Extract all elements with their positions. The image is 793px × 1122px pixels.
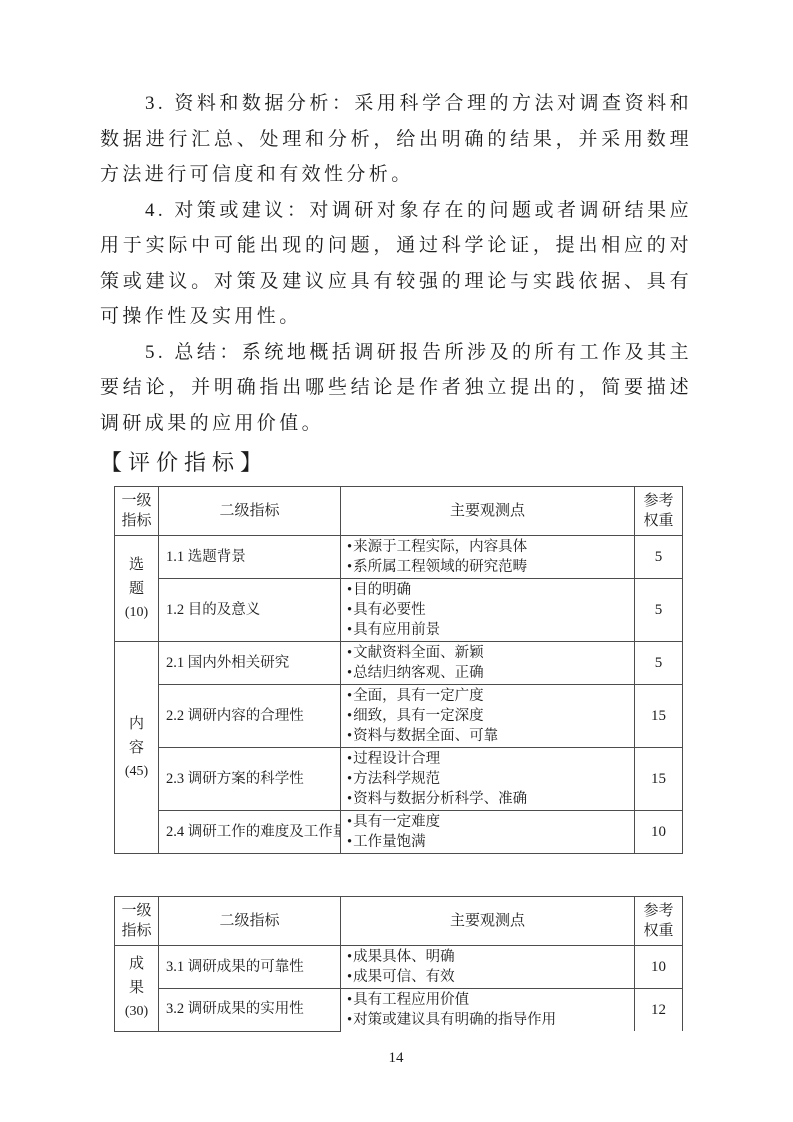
level1-header: 一级指标 (115, 897, 159, 946)
level1-label-char: 果 (115, 976, 158, 1000)
document-page: 3. 资料和数据分析：采用科学合理的方法对调查资料和数据进行汇总、处理和分析，给… (0, 0, 793, 1122)
observation-point-text: 具有必要性 (353, 602, 426, 618)
table-row: 3.2 调研成果的实用性•具有工程应用价值•对策或建议具有明确的指导作用12 (115, 989, 683, 1032)
weight-cell: 10 (635, 811, 683, 854)
level2-indicator-cell: 3.2 调研成果的实用性 (159, 989, 341, 1032)
bullet-icon: • (347, 645, 352, 661)
paragraph-item-4: 4. 对策或建议：对调研对象存在的问题或者调研结果应用于实际中可能出现的问题，通… (100, 193, 692, 335)
observation-point: •具有必要性 (347, 600, 631, 620)
bullet-icon: • (347, 834, 352, 850)
observation-point: •文献资料全面、新颖 (347, 643, 631, 663)
observation-point: •具有一定难度 (347, 812, 631, 832)
observation-point-text: 资料与数据分析科学、准确 (353, 791, 527, 807)
observation-point: •成果可信、有效 (347, 967, 631, 987)
observation-point-text: 成果可信、有效 (353, 969, 455, 985)
observation-header: 主要观测点 (341, 487, 635, 536)
weight-cell: 5 (635, 536, 683, 579)
observation-point-text: 具有应用前景 (353, 622, 440, 638)
bullet-icon: • (347, 559, 352, 575)
level1-label-char: 内 (115, 712, 158, 736)
level2-indicator-cell: 1.2 目的及意义 (159, 579, 341, 642)
level1-indicator-cell: 内容(45) (115, 642, 159, 854)
weight-header: 参考权重 (635, 487, 683, 536)
observation-points-cell: •目的明确•具有必要性•具有应用前景 (341, 579, 635, 642)
bullet-icon: • (347, 992, 352, 1008)
weight-cell: 15 (635, 748, 683, 811)
observation-point: •成果具体、明确 (347, 947, 631, 967)
observation-point-text: 方法科学规范 (353, 771, 440, 787)
observation-point: •目的明确 (347, 580, 631, 600)
level2-header: 二级指标 (159, 897, 341, 946)
bullet-icon: • (347, 791, 352, 807)
level1-indicator-cell: 成果(30) (115, 946, 159, 1032)
observation-point: •来源于工程实际，内容具体 (347, 537, 631, 557)
observation-point-text: 具有工程应用价值 (353, 992, 469, 1008)
observation-point: •资料与数据全面、可靠 (347, 726, 631, 746)
level2-indicator-cell: 2.2 调研内容的合理性 (159, 685, 341, 748)
observation-point-text: 目的明确 (353, 582, 411, 598)
bullet-icon: • (347, 969, 352, 985)
observation-points-cell: •过程设计合理•方法科学规范•资料与数据分析科学、准确 (341, 748, 635, 811)
observation-point-text: 系所属工程领域的研究范畴 (353, 559, 527, 575)
table-header-row: 一级指标二级指标主要观测点参考权重 (115, 897, 683, 946)
bullet-icon: • (347, 622, 352, 638)
bullet-icon: • (347, 688, 352, 704)
paragraph-item-3: 3. 资料和数据分析：采用科学合理的方法对调查资料和数据进行汇总、处理和分析，给… (100, 86, 692, 193)
level1-label-char: 成 (115, 952, 158, 976)
observation-points-cell: •全面，具有一定广度•细致，具有一定深度•资料与数据全面、可靠 (341, 685, 635, 748)
weight-cell: 5 (635, 579, 683, 642)
paragraph-item-5: 5. 总结：系统地概括调研报告所涉及的所有工作及其主要结论，并明确指出哪些结论是… (100, 335, 692, 442)
observation-point-text: 具有一定难度 (353, 814, 440, 830)
observation-points-cell: •具有工程应用价值•对策或建议具有明确的指导作用 (341, 989, 635, 1032)
level2-header: 二级指标 (159, 487, 341, 536)
observation-points-cell: •来源于工程实际，内容具体•系所属工程领域的研究范畴 (341, 536, 635, 579)
observation-point: •具有工程应用价值 (347, 990, 631, 1010)
observation-point: •资料与数据分析科学、准确 (347, 789, 631, 809)
observation-point: •工作量饱满 (347, 832, 631, 852)
observation-point: •过程设计合理 (347, 749, 631, 769)
observation-points-cell: •成果具体、明确•成果可信、有效 (341, 946, 635, 989)
observation-point-text: 总结归纳客观、正确 (353, 665, 484, 681)
bullet-icon: • (347, 771, 352, 787)
weight-header: 参考权重 (635, 897, 683, 946)
level1-label-char: 容 (115, 736, 158, 760)
observation-point-text: 成果具体、明确 (353, 949, 455, 965)
observation-point: •方法科学规范 (347, 769, 631, 789)
observation-point-text: 细致，具有一定深度 (353, 708, 484, 724)
evaluation-table-2: 一级指标二级指标主要观测点参考权重 成果(30)3.1 调研成果的可靠性•成果具… (114, 896, 683, 1032)
observation-point: •对策或建议具有明确的指导作用 (347, 1010, 631, 1030)
observation-header: 主要观测点 (341, 897, 635, 946)
observation-point-text: 全面，具有一定广度 (353, 688, 484, 704)
observation-point: •总结归纳客观、正确 (347, 663, 631, 683)
observation-points-cell: •具有一定难度•工作量饱满 (341, 811, 635, 854)
weight-cell: 15 (635, 685, 683, 748)
weight-cell: 12 (635, 989, 683, 1032)
observation-point-text: 工作量饱满 (353, 834, 426, 850)
page-number: 14 (100, 1048, 692, 1068)
level1-score: (30) (115, 1000, 158, 1024)
level2-indicator-cell: 1.1 选题背景 (159, 536, 341, 579)
evaluation-table-1: 一级指标二级指标主要观测点参考权重 选题(10)1.1 选题背景•来源于工程实际… (114, 486, 683, 854)
observation-points-cell: •文献资料全面、新颖•总结归纳客观、正确 (341, 642, 635, 685)
weight-cell: 5 (635, 642, 683, 685)
observation-point-text: 来源于工程实际，内容具体 (353, 539, 527, 555)
level1-indicator-cell: 选题(10) (115, 536, 159, 642)
observation-point-text: 过程设计合理 (353, 751, 440, 767)
level1-label-char: 选 (115, 553, 158, 577)
table-row: 2.4 调研工作的难度及工作量•具有一定难度•工作量饱满10 (115, 811, 683, 854)
observation-point: •具有应用前景 (347, 620, 631, 640)
level2-indicator-cell: 3.1 调研成果的可靠性 (159, 946, 341, 989)
table-row: 成果(30)3.1 调研成果的可靠性•成果具体、明确•成果可信、有效10 (115, 946, 683, 989)
bullet-icon: • (347, 728, 352, 744)
table-row: 内容(45)2.1 国内外相关研究•文献资料全面、新颖•总结归纳客观、正确5 (115, 642, 683, 685)
section-heading: 【评价指标】 (100, 446, 692, 479)
bullet-icon: • (347, 602, 352, 618)
level1-label-char: 题 (115, 577, 158, 601)
weight-cell: 10 (635, 946, 683, 989)
observation-point: •系所属工程领域的研究范畴 (347, 557, 631, 577)
level1-score: (10) (115, 601, 158, 625)
observation-point-text: 资料与数据全面、可靠 (353, 728, 498, 744)
bullet-icon: • (347, 949, 352, 965)
bullet-icon: • (347, 539, 352, 555)
table-row: 选题(10)1.1 选题背景•来源于工程实际，内容具体•系所属工程领域的研究范畴… (115, 536, 683, 579)
bullet-icon: • (347, 665, 352, 681)
table-row: 1.2 目的及意义•目的明确•具有必要性•具有应用前景5 (115, 579, 683, 642)
bullet-icon: • (347, 582, 352, 598)
observation-point-text: 对策或建议具有明确的指导作用 (353, 1012, 556, 1028)
bullet-icon: • (347, 708, 352, 724)
bullet-icon: • (347, 814, 352, 830)
level2-indicator-cell: 2.1 国内外相关研究 (159, 642, 341, 685)
page-content: 3. 资料和数据分析：采用科学合理的方法对调查资料和数据进行汇总、处理和分析，给… (100, 86, 692, 1068)
bullet-icon: • (347, 751, 352, 767)
bullet-icon: • (347, 1012, 352, 1028)
level2-indicator-cell: 2.4 调研工作的难度及工作量 (159, 811, 341, 854)
observation-point: •全面，具有一定广度 (347, 686, 631, 706)
observation-point: •细致，具有一定深度 (347, 706, 631, 726)
level1-score: (45) (115, 760, 158, 784)
table-row: 2.3 调研方案的科学性•过程设计合理•方法科学规范•资料与数据分析科学、准确1… (115, 748, 683, 811)
table-row: 2.2 调研内容的合理性•全面，具有一定广度•细致，具有一定深度•资料与数据全面… (115, 685, 683, 748)
observation-point-text: 文献资料全面、新颖 (353, 645, 484, 661)
table-header-row: 一级指标二级指标主要观测点参考权重 (115, 487, 683, 536)
level1-header: 一级指标 (115, 487, 159, 536)
level2-indicator-cell: 2.3 调研方案的科学性 (159, 748, 341, 811)
